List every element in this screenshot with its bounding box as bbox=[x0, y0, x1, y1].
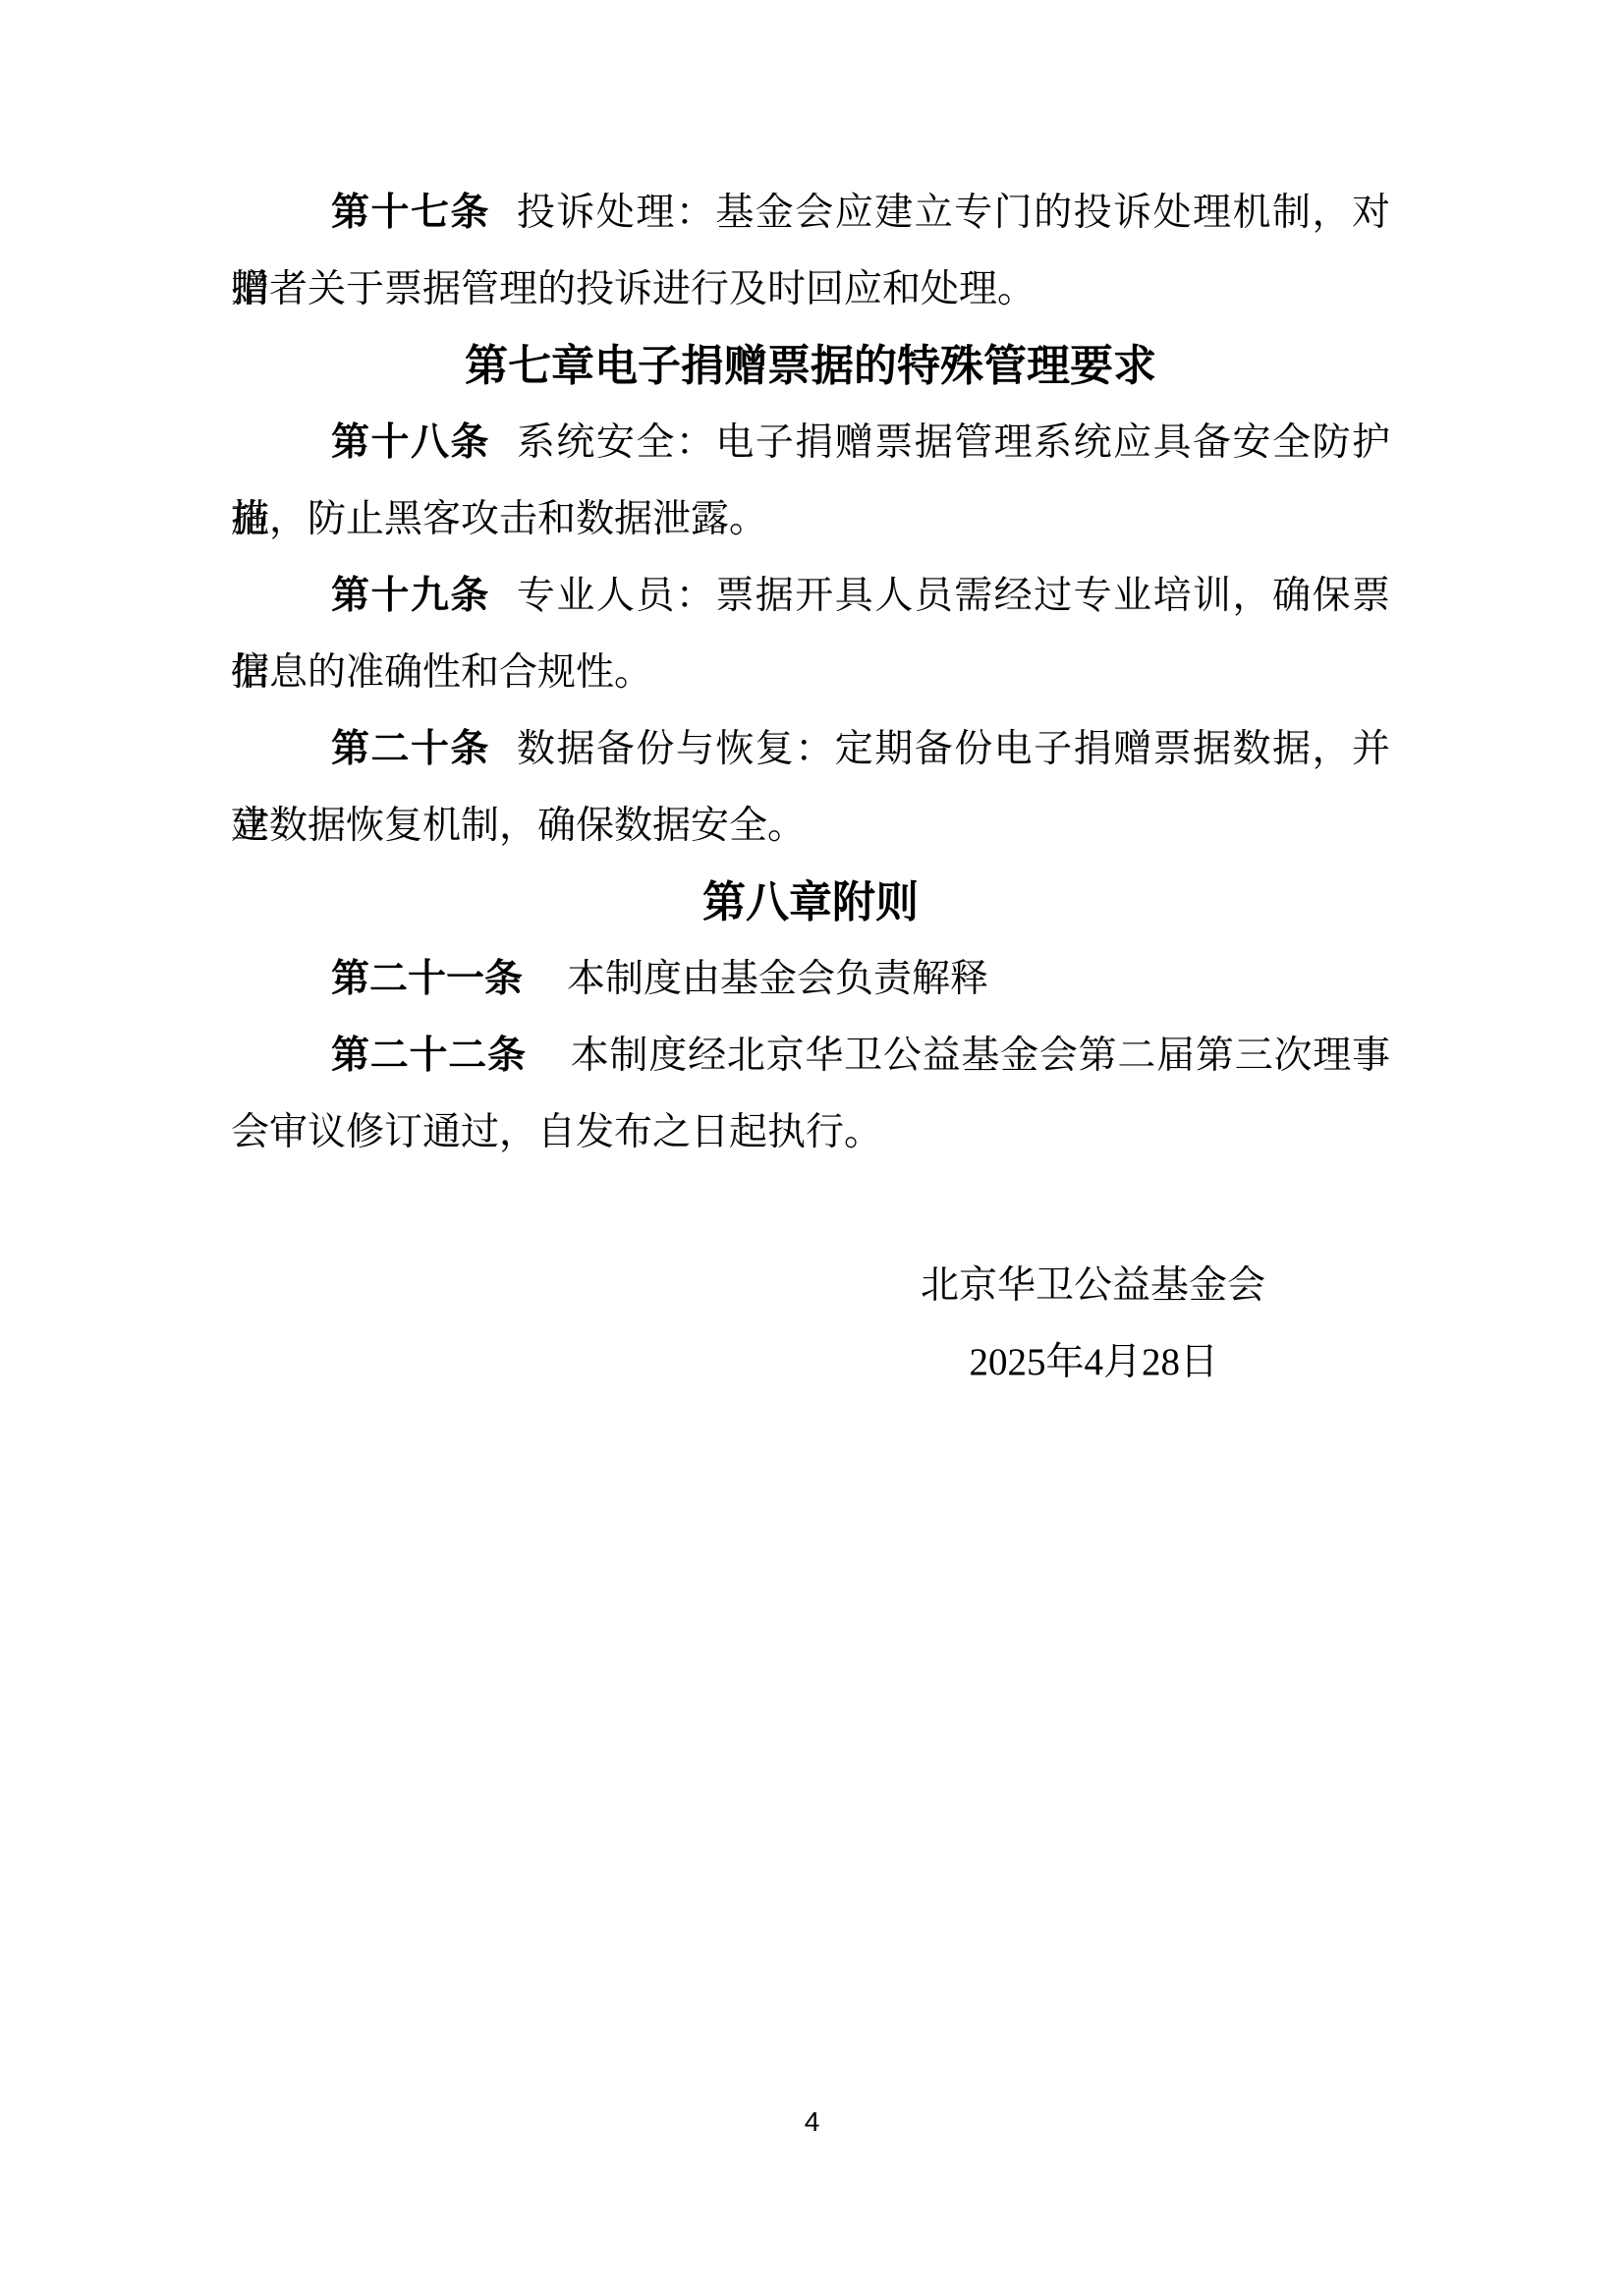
article-19-number: 第十九条 bbox=[331, 575, 490, 617]
article-22-number: 第二十二条 bbox=[331, 1035, 527, 1077]
document-body: 第十七条投诉处理：基金会应建立专门的投诉处理机制，对捐 赠者关于票据管理的投诉进… bbox=[231, 175, 1390, 1401]
article-18-line-1: 第十八条系统安全：电子捐赠票据管理系统应具备安全防护措 bbox=[231, 405, 1390, 481]
spacer-line bbox=[231, 1171, 1390, 1248]
article-22-line-1: 第二十二条本制度经北京华卫公益基金会第二届第三次理事 bbox=[231, 1018, 1390, 1094]
article-18-line-2: 施，防止黑客攻击和数据泄露。 bbox=[231, 481, 1390, 558]
article-22-line-2: 会审议修订通过，自发布之日起执行。 bbox=[231, 1094, 1390, 1171]
article-17: 第十七条投诉处理：基金会应建立专门的投诉处理机制，对捐 赠者关于票据管理的投诉进… bbox=[231, 175, 1390, 328]
article-20-line-1: 第二十条数据备份与恢复：定期备份电子捐赠票据数据，并建 bbox=[231, 711, 1390, 788]
chapter-8-heading: 第八章附则 bbox=[231, 865, 1390, 941]
document-page: 第十七条投诉处理：基金会应建立专门的投诉处理机制，对捐 赠者关于票据管理的投诉进… bbox=[0, 0, 1624, 2296]
article-22-text-1: 本制度经北京华卫公益基金会第二届第三次理事 bbox=[571, 1035, 1390, 1077]
article-17-number: 第十七条 bbox=[331, 192, 490, 234]
article-18: 第十八条系统安全：电子捐赠票据管理系统应具备安全防护措 施，防止黑客攻击和数据泄… bbox=[231, 405, 1390, 558]
article-22: 第二十二条本制度经北京华卫公益基金会第二届第三次理事 会审议修订通过，自发布之日… bbox=[231, 1018, 1390, 1171]
article-19-line-2: 信息的准确性和合规性。 bbox=[231, 635, 1390, 711]
page-number: 4 bbox=[0, 2108, 1624, 2136]
signature-date: 2025年4月28日 bbox=[231, 1324, 1390, 1401]
signature-organization: 北京华卫公益基金会 bbox=[231, 1248, 1390, 1324]
article-20-line-2: 立数据恢复机制，确保数据安全。 bbox=[231, 788, 1390, 865]
article-19: 第十九条专业人员：票据开具人员需经过专业培训，确保票据 信息的准确性和合规性。 bbox=[231, 558, 1390, 711]
article-19-line-1: 第十九条专业人员：票据开具人员需经过专业培训，确保票据 bbox=[231, 558, 1390, 635]
article-20: 第二十条数据备份与恢复：定期备份电子捐赠票据数据，并建 立数据恢复机制，确保数据… bbox=[231, 711, 1390, 865]
article-18-number: 第十八条 bbox=[331, 421, 490, 464]
article-21-number: 第二十一条 bbox=[331, 958, 523, 1000]
article-17-line-2: 赠者关于票据管理的投诉进行及时回应和处理。 bbox=[231, 252, 1390, 328]
article-21-text-1: 本制度由基金会负责解释 bbox=[567, 958, 988, 1000]
article-21-line-1: 第二十一条本制度由基金会负责解释 bbox=[231, 941, 1390, 1018]
article-20-number: 第二十条 bbox=[331, 728, 490, 770]
article-17-line-1: 第十七条投诉处理：基金会应建立专门的投诉处理机制，对捐 bbox=[231, 175, 1390, 252]
chapter-7-heading: 第七章电子捐赠票据的特殊管理要求 bbox=[231, 328, 1390, 405]
article-21: 第二十一条本制度由基金会负责解释 bbox=[231, 941, 1390, 1018]
